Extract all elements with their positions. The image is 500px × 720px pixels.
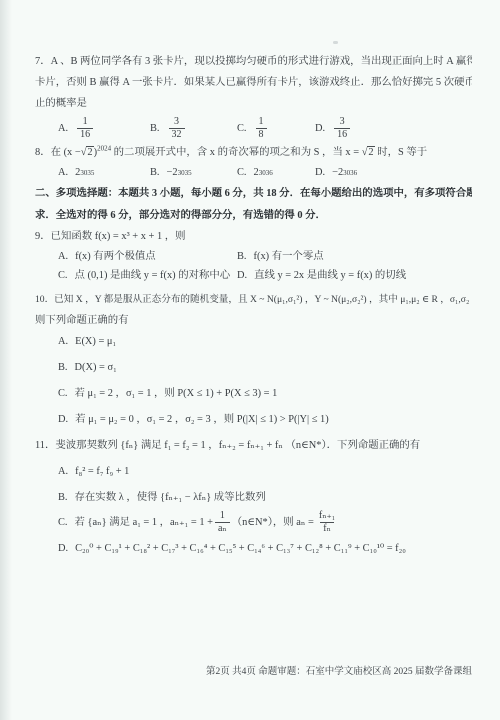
page-footer: 第2页 共4页 命题审题：石室中学文庙校区高 2025 届数学备课组: [206, 663, 472, 677]
q10-option-b: B.D(X) = σ₁: [35, 357, 472, 378]
q9-option-a: A.f(x) 有两个极值点: [58, 247, 237, 266]
fraction: fₙ₊₁fₙ: [316, 510, 338, 535]
q10-option-a: A.E(X) = μ₁: [35, 331, 472, 352]
option-label: A.: [58, 251, 68, 262]
q8-option-c: C. 23036: [237, 163, 315, 182]
scan-artifact: [333, 41, 338, 44]
q9-option-d: D.直线 y = 2x 是曲线 y = f(x) 的切线: [237, 266, 472, 285]
option-label: D.: [58, 543, 68, 554]
fraction: 18: [256, 116, 267, 141]
question-7: 7．A 、B 两位同学各有 3 张卡片，现以投掷均匀硬币的形式进行游戏，当出现正…: [35, 51, 472, 142]
option-label: D.: [315, 163, 325, 182]
fraction: 1aₙ: [215, 510, 230, 535]
option-label: C.: [58, 512, 68, 533]
page-left-edge-shadow: [0, 0, 12, 720]
q8-option-a: A. 23035: [58, 163, 150, 182]
option-label: D.: [58, 414, 68, 425]
q7-option-b: B. 332: [150, 116, 237, 141]
question-11: 11．斐波那契数列 {fₙ} 满足 f₁ = f₂ = 1 ，fₙ₊₂ = fₙ…: [35, 435, 472, 559]
q9-option-c: C.点 (0,1) 是曲线 y = f(x) 的对称中心: [58, 266, 237, 285]
option-label: C.: [58, 388, 68, 399]
q7-stem-line-1: 7．A 、B 两位同学各有 3 张卡片，现以投掷均匀硬币的形式进行游戏，当出现正…: [35, 51, 472, 72]
exponent: 2024: [97, 145, 111, 153]
q8-stem: 8．在 (x −√2)2024 的二项展开式中，含 x 的奇次幂的项之和为 S …: [35, 142, 472, 163]
q10-stem-line-1: 10．已知 X ，Y 都是服从正态分布的随机变量，且 X ~ N(μ₁,σ₁²)…: [35, 289, 472, 310]
option-label: A.: [58, 123, 68, 134]
option-label: C.: [237, 123, 247, 134]
q8-stem-text: 8．在 (x −: [35, 147, 81, 158]
fraction: 332: [169, 116, 185, 141]
q8-options: A. 23035 B. −23035 C. 23036 D. −23036: [35, 163, 472, 182]
section-2-header-line-2: 求．全选对的得 6 分，部分选对的得部分分，有选错的得 0 分．: [35, 205, 472, 227]
question-8: 8．在 (x −√2)2024 的二项展开式中，含 x 的奇次幂的项之和为 S …: [35, 142, 472, 182]
option-label: D.: [315, 123, 325, 134]
option-label: B.: [150, 123, 160, 134]
q11-option-d: D.C₂₀⁰ + C₁₉¹ + C₁₈² + C₁₇³ + C₁₆⁴ + C₁₅…: [35, 538, 472, 559]
q7-option-d: D. 316: [315, 116, 472, 141]
q9-option-b: B.f(x) 有一个零点: [237, 247, 472, 266]
q11-option-b: B.存在实数 λ ，使得 {fₙ₊₁ − λfₙ} 成等比数列: [35, 487, 472, 508]
option-label: C.: [237, 163, 247, 182]
option-label: B.: [150, 163, 160, 182]
section-2-header: 二、多项选择题：本题共 3 小题，每小题 6 分，共 18 分．在每小题给出的选…: [35, 183, 472, 226]
section-2-header-line-1: 二、多项选择题：本题共 3 小题，每小题 6 分，共 18 分．在每小题给出的选…: [35, 183, 472, 205]
option-label: B.: [237, 251, 247, 262]
q10-option-d: D.若 μ₁ = μ₂ = 0 ，σ₁ = 2 ，σ₂ = 3 ，则 P(|X|…: [35, 409, 472, 430]
sqrt-radical: √2: [362, 146, 375, 158]
question-9: 9．已知函数 f(x) = x³ + x + 1 ，则 A.f(x) 有两个极值…: [35, 226, 472, 285]
q11-stem: 11．斐波那契数列 {fₙ} 满足 f₁ = f₂ = 1 ，fₙ₊₂ = fₙ…: [35, 435, 472, 456]
q8-option-d: D. −23036: [315, 163, 472, 182]
q7-stem-line-3: 止的概率是: [35, 93, 472, 114]
option-label: B.: [58, 492, 68, 503]
q11-option-c: C. 若 {aₙ} 满足 a₁ = 1 ，aₙ₊₁ = 1 + 1aₙ （n∈N…: [35, 510, 472, 535]
q10-stem-line-2: 则下列命题正确的有: [35, 310, 472, 331]
exam-page: 7．A 、B 两位同学各有 3 张卡片，现以投掷均匀硬币的形式进行游戏，当出现正…: [0, 0, 500, 720]
q8-option-b: B. −23035: [150, 163, 237, 182]
option-label: B.: [58, 362, 68, 373]
q9-options: A.f(x) 有两个极值点 B.f(x) 有一个零点 C.点 (0,1) 是曲线…: [35, 247, 472, 285]
q9-stem: 9．已知函数 f(x) = x³ + x + 1 ，则: [35, 226, 472, 247]
fraction: 316: [334, 116, 350, 141]
question-10: 10．已知 X ，Y 都是服从正态分布的随机变量，且 X ~ N(μ₁,σ₁²)…: [35, 289, 472, 430]
option-label: A.: [58, 336, 68, 347]
page-content: 7．A 、B 两位同学各有 3 张卡片，现以投掷均匀硬币的形式进行游戏，当出现正…: [35, 51, 472, 559]
option-label: A.: [58, 163, 68, 182]
q7-option-c: C. 18: [237, 116, 315, 141]
option-label: D.: [237, 270, 247, 281]
fraction: 116: [77, 116, 93, 141]
q7-stem-line-2: 卡片，否则 B 赢得 A 一张卡片．如果某人已赢得所有卡片，该游戏终止．那么恰好…: [35, 72, 472, 93]
sqrt-radical: √2: [81, 146, 94, 158]
q10-option-c: C.若 μ₁ = 2 ，σ₁ = 1 ，则 P(X ≤ 1) + P(X ≤ 3…: [35, 383, 472, 404]
option-label: A.: [58, 466, 68, 477]
q11-option-a: A.f₈² = f₇ f₉ + 1: [35, 461, 472, 482]
option-label: C.: [58, 270, 68, 281]
q7-option-a: A. 116: [58, 116, 150, 141]
q7-options: A. 116 B. 332 C. 18 D. 316: [35, 114, 472, 142]
